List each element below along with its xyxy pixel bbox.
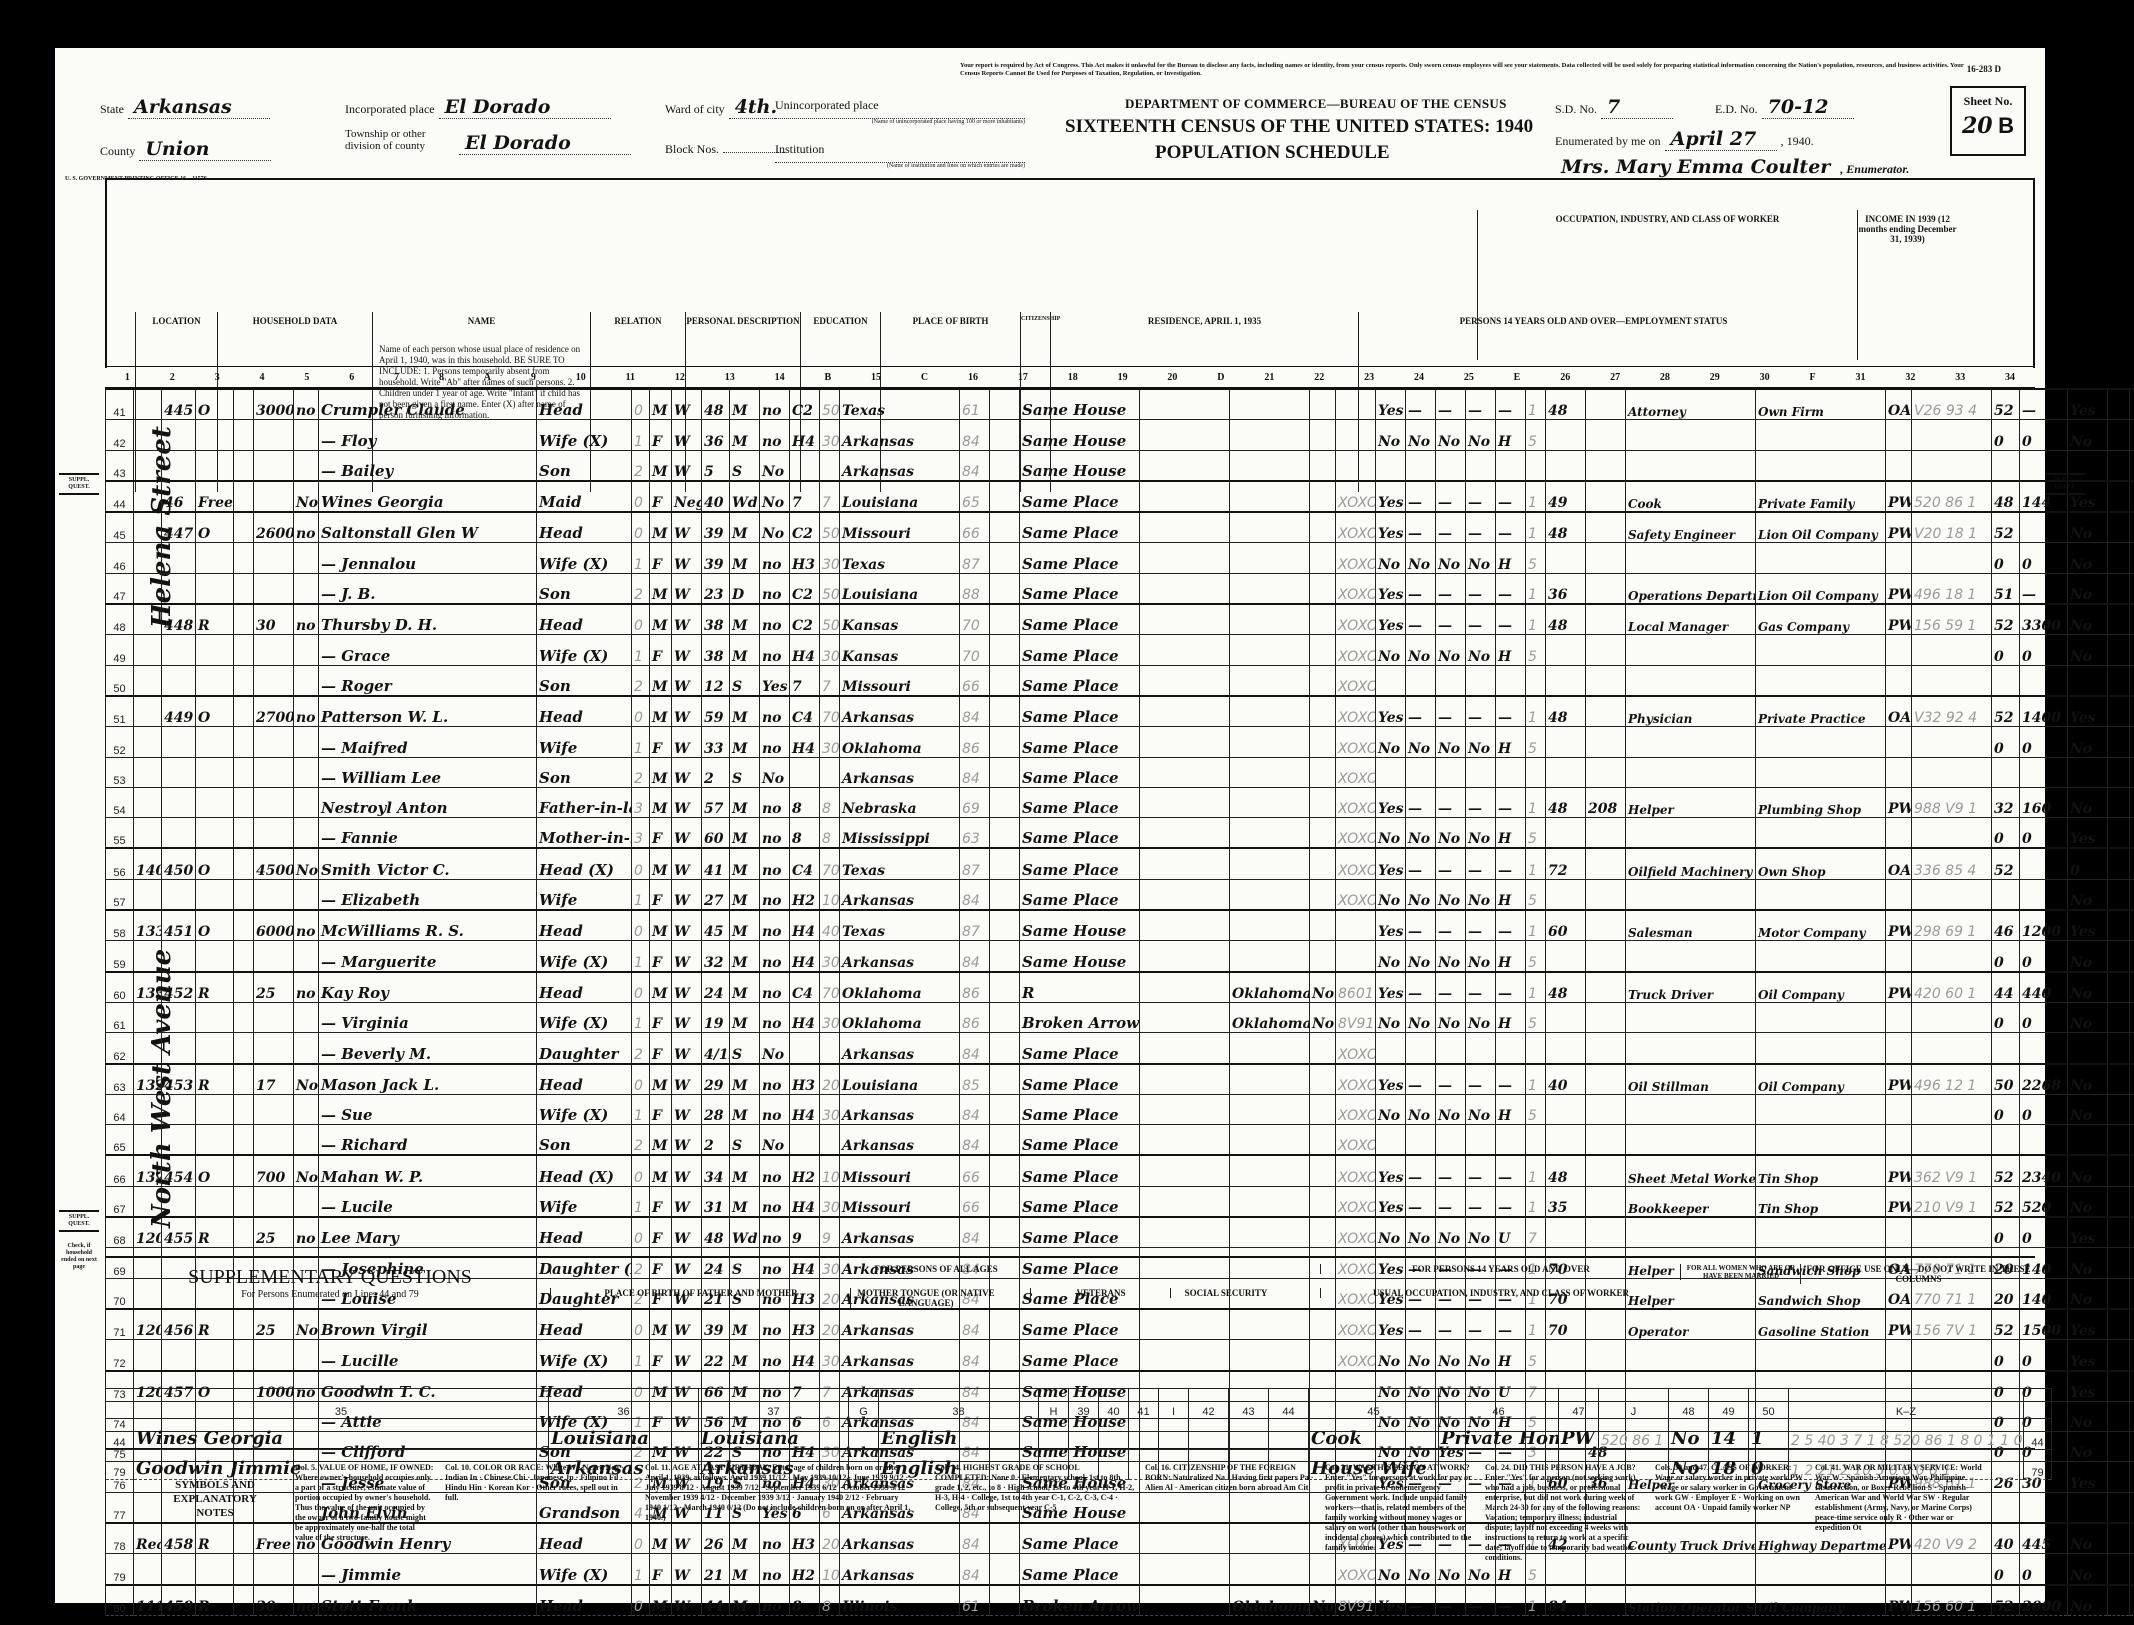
marital-status: S [730,450,760,481]
enumerator-name: Mrs. Mary Emma Coulter [1555,156,1836,179]
farm-flag [294,420,319,450]
wages: — [2020,573,2068,604]
weeks-worked: 48 [1992,481,2020,512]
sex: M [650,604,672,635]
at-work [1376,757,1406,787]
empty-cell [1099,1419,1129,1449]
farm-schedule [2108,450,2130,481]
wages: 440 [2020,972,2068,1003]
residence-state [1230,635,1310,665]
farm-schedule [2108,1340,2130,1371]
code-d [1336,420,1376,450]
table-row: 54Nestroyl AntonFather-in-law3MW57Mno88N… [106,787,2134,817]
weeks-unemployed [1586,1186,1626,1217]
race: W [672,573,702,604]
marital-status: M [730,420,760,450]
code-b: 30 [820,635,840,665]
code-e: 1 [1526,604,1546,635]
code-e: 1 [1526,481,1546,512]
weeks-worked [1992,665,2020,696]
industry [1756,1125,1886,1156]
tenure: O [196,910,234,941]
race: W [672,1064,702,1095]
highest-grade: C2 [790,512,820,543]
sex: M [650,972,672,1003]
table-row: 45447O2600noSaltonstall Glen WHead0MW39M… [106,512,2134,543]
person-name: — William Lee [319,757,537,787]
age: 31 [702,1186,730,1217]
seeking-work: No [1436,818,1466,849]
line-number-right: 77 [2130,1492,2134,1523]
occupation: Physician [1626,696,1756,727]
birthplace: Louisiana [840,573,960,604]
tenure [196,879,234,910]
class-of-worker [1886,1033,1912,1064]
line-number-right: 61 [2130,1002,2134,1032]
sex: F [650,879,672,910]
person-name: McWilliams R. S. [319,910,537,941]
line-number-right: 79 [2130,1554,2134,1585]
empty-cell [234,879,254,910]
weeks-worked: 0 [1992,420,2020,450]
visitation-number: 450 [162,848,196,879]
farm-schedule [2108,481,2130,512]
code-e: 1 [1526,972,1546,1003]
note-col11: Col. 11. AGE AT LAST BIRTHDAY: Enter age… [645,1463,915,1523]
married-more-than-once: No [1669,1419,1709,1449]
empty-cell [234,1094,254,1124]
column-number: 15 [871,372,881,383]
code-c: 84 [960,1523,990,1554]
visitation-number [162,1186,196,1217]
farm-schedule [2108,910,2130,941]
seeking-work: — [1436,787,1466,817]
code-c: 70 [960,635,990,665]
weeks-unemployed [1586,941,1626,972]
line-number: 41 [106,389,134,420]
residence-county [1140,543,1230,573]
wages: 0 [2020,635,2068,665]
weeks-unemployed [1586,757,1626,787]
code-f [1912,420,1992,450]
code-f [1912,1125,1992,1156]
occupation: County Truck Driver [1626,1523,1756,1554]
farm-flag: no [294,696,319,727]
residence-farm [1310,941,1336,972]
had-job: — [1466,512,1496,543]
house-number: 1328 [134,1064,162,1095]
code-e: 1 [1526,1186,1546,1217]
residence-1935: Same Place [1020,1554,1140,1585]
public-emergency-work: No [1406,818,1436,849]
sex: F [650,1002,672,1032]
relation: Wife [537,1186,632,1217]
relation: Father-in-law [537,787,632,817]
empty-cell [990,757,1020,787]
sex: F [650,1554,672,1585]
code-e: 5 [1526,420,1546,450]
farm-flag [294,941,319,972]
residence-1935: Same House [1020,941,1140,972]
empty-cell [234,1217,254,1248]
occupation: Cook [1626,481,1756,512]
residence-county [1140,910,1230,941]
farm-schedule [2108,1217,2130,1248]
farm-schedule [2108,818,2130,849]
code-a: 0 [632,972,650,1003]
occupation: Attorney [1626,389,1756,420]
house-number [134,818,162,849]
code-d: XOXO [1336,573,1376,604]
code-d: XOXO [1336,1094,1376,1124]
person-name: — Roger [319,665,537,696]
had-job: — [1466,1585,1496,1616]
weeks-unemployed [1586,818,1626,849]
column-number: 42 [1189,1389,1229,1419]
marital-status: M [730,1002,760,1032]
house-number: 1330½ [134,972,162,1003]
weeks-worked [1992,1033,2020,1064]
birthplace: Arkansas [840,696,960,727]
residence-county [1140,665,1230,696]
code-e [1526,450,1546,481]
class-of-worker [1886,1094,1912,1124]
tenure: O [196,1155,234,1186]
code-f: 496 18 1 [1912,573,1992,604]
other-income: Yes [2068,1371,2108,1402]
occupation [1626,635,1756,665]
residence-county [1140,972,1230,1003]
ed-number-field: E.D. No. 70-12 [1715,96,1854,119]
line-number: 47 [106,573,134,604]
code-e: 1 [1526,1155,1546,1186]
activity: — [1496,910,1526,941]
wages: 0 [2020,1094,2068,1124]
relation: Wife [537,727,632,757]
code-e: 5 [1526,727,1546,757]
visitation-number [162,635,196,665]
code-a: 0 [632,512,650,543]
farm-schedule [2108,1401,2130,1431]
code-f [1912,727,1992,757]
empty-cell [234,389,254,420]
had-job: No [1466,941,1496,972]
industry [1756,665,1886,696]
residence-state [1230,757,1310,787]
tenure [196,420,234,450]
code-b: 10 [820,879,840,910]
column-number: 2 [170,372,175,383]
notes-title: SYMBOLS AND EXPLANATORY NOTES [155,1478,275,1520]
column-number: 33 [1955,372,1965,383]
empty-cell [990,1094,1020,1124]
table-row: 581330451O6000noMcWilliams R. S.Head0MW4… [106,910,2134,941]
weeks-unemployed [1586,696,1626,727]
code-c: 88 [960,573,990,604]
visitation-number: 451 [162,910,196,941]
residence-county [1140,941,1230,972]
school-attendance: No [760,1125,790,1156]
activity [1496,1033,1526,1064]
public-emergency-work: — [1406,573,1436,604]
birthplace: Missouri [840,1186,960,1217]
hours-worked [1546,450,1586,481]
line-number-right: 57 [2130,879,2134,910]
children-born: 1 [1749,1419,1789,1449]
code-c: 66 [960,1186,990,1217]
census-sheet: Your report is required by Act of Congre… [55,48,2045,1603]
sex: M [650,787,672,817]
birthplace: Arkansas [840,757,960,787]
house-number [134,1002,162,1032]
hours-worked: 60 [1546,910,1586,941]
empty-cell [234,450,254,481]
other-income: No [2068,1094,2108,1124]
visitation-number [162,1094,196,1124]
school-attendance: no [760,848,790,879]
race: W [672,787,702,817]
code-c: 84 [960,1125,990,1156]
wages: 0 [2020,727,2068,757]
sheet-side: B [1998,113,2014,138]
column-number-row: 12345678A91011121314B15C1617181920D21222… [105,366,2035,389]
empty-cell [990,1155,1020,1186]
birthplace: Texas [840,910,960,941]
line-number: 55 [106,818,134,849]
line-number-right: 46 [2130,543,2134,573]
code-a: 3 [632,787,650,817]
other-income [2068,1125,2108,1156]
wages: 2000 [2020,1585,2068,1616]
race: W [672,727,702,757]
wages: 0 [2020,1002,2068,1032]
age: 40 [702,481,730,512]
activity: H [1496,635,1526,665]
seeking-work: No [1436,1094,1466,1124]
code-e: 1 [1526,1585,1546,1616]
sex: M [650,910,672,941]
table-row: 49— GraceWife (X)1FW38MnoH430Kansas70Sam… [106,635,2134,665]
other-income [2068,757,2108,787]
residence-state: Oklahoma [1230,1585,1310,1616]
home-value [254,818,294,849]
column-number: 26 [1560,372,1570,383]
house-number: 1330 [134,910,162,941]
home-value [254,450,294,481]
column-number: 40 [1099,1389,1129,1419]
activity: — [1496,787,1526,817]
highest-grade: H4 [790,727,820,757]
tenure [196,1033,234,1064]
residence-state [1230,1217,1310,1248]
activity: H [1496,941,1526,972]
seeking-work: No [1436,1217,1466,1248]
empty-cell [234,1554,254,1585]
at-work: Yes [1376,1064,1406,1095]
house-number [134,665,162,696]
weeks-worked [1992,1125,2020,1156]
person-name: — Richard [319,1125,537,1156]
code-b: 30 [820,1002,840,1032]
person-name: — Beverly M. [319,1033,537,1064]
code-b: 30 [820,420,840,450]
class-of-worker: PW [1886,512,1912,543]
residence-1935: Same Place [1020,512,1140,543]
empty-cell [234,941,254,972]
column-number: 44 [1269,1389,1309,1419]
code-a: 3 [632,818,650,849]
occupation [1626,879,1756,910]
farm-flag: no [294,910,319,941]
highest-grade: H2 [790,1155,820,1186]
empty-cell [990,1585,1020,1616]
residence-1935: Same Place [1020,1217,1140,1248]
wages [2020,1492,2068,1523]
relation: Head [537,1217,632,1248]
age: 24 [702,972,730,1003]
birthplace: Nebraska [840,787,960,817]
at-work: Yes [1376,787,1406,817]
column-number: 1 [125,372,130,383]
residence-county [1140,573,1230,604]
activity: — [1496,481,1526,512]
house-number [134,696,162,727]
code-f: 362 V9 1 [1912,1155,1992,1186]
public-emergency-work: No [1406,1554,1436,1585]
code-c: 66 [960,1155,990,1186]
weeks-unemployed [1586,1094,1626,1124]
farm-schedule [2108,1432,2130,1462]
seeking-work [1436,1125,1466,1156]
code-f: 156 60 1 [1912,1585,1992,1616]
weeks-worked: 52 [1992,1186,2020,1217]
residence-farm [1310,818,1336,849]
had-job: — [1466,787,1496,817]
person-name: Wines Georgia [319,481,537,512]
empty-cell [234,1033,254,1064]
residence-state [1230,1186,1310,1217]
empty-cell [990,848,1020,879]
at-work: Yes [1376,512,1406,543]
residence-state [1230,879,1310,910]
code-b [820,1033,840,1064]
line-number-right: 53 [2130,757,2134,787]
other-income: No [2068,1248,2108,1278]
residence-state [1230,787,1310,817]
sheet-number-box: Sheet No. 20 B [1950,86,2026,156]
highest-grade: H4 [790,1002,820,1032]
code-f: 210 V9 1 [1912,1186,1992,1217]
birthplace: Arkansas [840,941,960,972]
column-number [2024,1389,2052,1419]
other-income: Yes [2068,1309,2108,1340]
line-number-right: 79 [2024,1449,2052,1479]
farm-schedule [2108,1064,2130,1095]
occupation: Salesman [1626,910,1756,941]
person-name: — Marguerite [319,941,537,972]
farm-flag: No [294,1064,319,1095]
block-field: Block Nos. [665,140,785,158]
public-emergency-work: — [1406,1186,1436,1217]
home-value: 2600 [254,512,294,543]
school-attendance: no [760,818,790,849]
code-d: 8V91 [1336,1585,1376,1616]
race: W [672,1523,702,1554]
class-of-worker: OA [1886,696,1912,727]
hours-worked [1546,543,1586,573]
code-d [1336,910,1376,941]
relation: Head (X) [537,1155,632,1186]
line-number-right: 60 [2130,972,2134,1003]
occupation [1626,1217,1756,1248]
column-number: 41 [1129,1389,1159,1419]
race: W [672,848,702,879]
weeks-unemployed [1586,635,1626,665]
code-c: 84 [960,1554,990,1585]
person-name: — Maifred [319,727,537,757]
person-name: — J. B. [319,573,537,604]
residence-county [1140,481,1230,512]
column-number: 3 [215,372,220,383]
column-number: 12 [675,372,685,383]
line-number-right: 62 [2130,1033,2134,1064]
residence-state [1230,696,1310,727]
table-row: 79— JimmieWife (X)1FW21MnoH210Arkansas84… [106,1554,2134,1585]
residence-county [1140,787,1230,817]
house-number [134,635,162,665]
residence-state [1230,481,1310,512]
supplementary-questions: SUPPLEMENTARY QUESTIONS For Persons Enum… [105,1256,2035,1450]
residence-county [1140,848,1230,879]
supplementary-row: 44Wines GeorgiaLouisianaLouisianaEnglish… [106,1419,2052,1449]
class-of-worker [1886,818,1912,849]
birthplace: Arkansas [840,1094,960,1124]
age: 29 [702,1064,730,1095]
table-row: 47— J. B.Son2MW23DnoC250Louisiana88Same … [106,573,2134,604]
highest-grade: 7 [790,665,820,696]
empty-cell [990,573,1020,604]
house-number [134,1186,162,1217]
activity: — [1496,1585,1526,1616]
column-number: H [1039,1389,1069,1419]
tenure: R [196,1217,234,1248]
house-number [134,604,162,635]
class-of-worker [1886,635,1912,665]
residence-state [1230,1155,1310,1186]
marital-status: M [730,696,760,727]
line-number: 78 [106,1523,134,1554]
activity: — [1496,696,1526,727]
activity [1496,1125,1526,1156]
office-use-codes: 2 5 40 3 7 1 8 520 86 1 8 0 1 1 0 [1789,1419,2024,1449]
column-number: 7 [394,372,399,383]
column-number: 39 [1069,1389,1099,1419]
house-number [134,573,162,604]
table-row: 51449O2700noPatterson W. L.Head0MW59MnoC… [106,696,2134,727]
column-number: J [1599,1389,1669,1419]
code-a: 0 [632,481,650,512]
sd-number-field: S.D. No. 7 [1555,96,1673,119]
empty-cell [990,604,1020,635]
line-number: 63 [106,1064,134,1095]
line-number: 59 [106,941,134,972]
seeking-work: — [1436,481,1466,512]
column-number: 47 [1559,1389,1599,1419]
code-c: 87 [960,543,990,573]
code-c: 84 [960,1217,990,1248]
occupation [1626,420,1756,450]
visitation-number: 449 [162,696,196,727]
